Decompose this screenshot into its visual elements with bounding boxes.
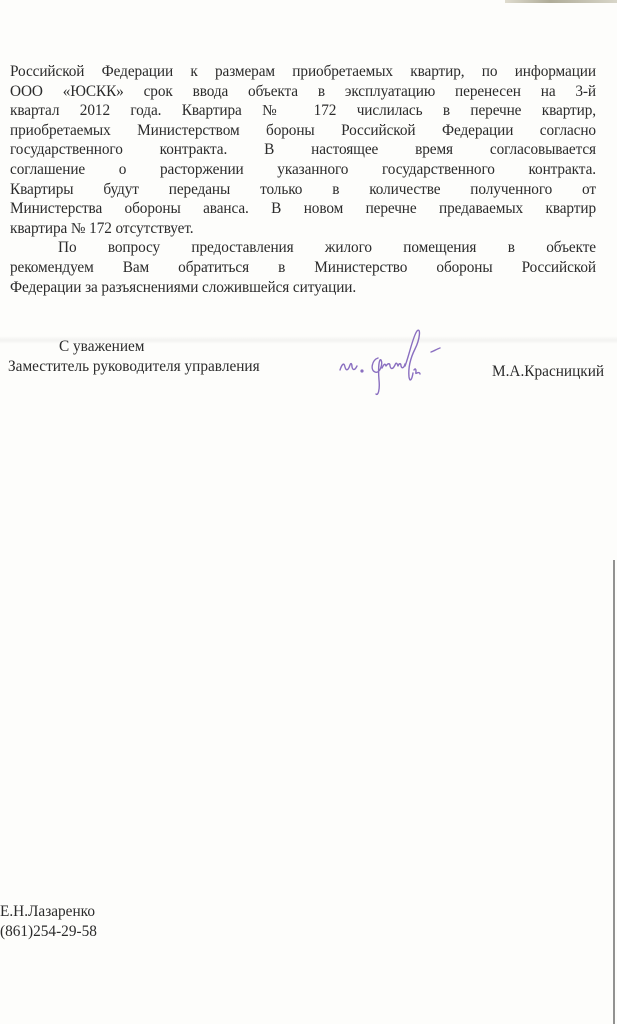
text-line: государственного контракта. В настоящее … bbox=[10, 140, 596, 160]
paragraph-1: Российской Федерации к размерам приобрет… bbox=[10, 62, 596, 238]
text-line: приобретаемых Министерством бороны Росси… bbox=[10, 121, 596, 141]
executor-info: Е.Н.Лазаренко (861)254-29-58 bbox=[0, 902, 97, 942]
letter-body: Российской Федерации к размерам приобрет… bbox=[10, 62, 596, 297]
executor-name: Е.Н.Лазаренко bbox=[0, 902, 97, 922]
text-line: рекомендуем Вам обратиться в Министерств… bbox=[10, 258, 596, 278]
text-line: Министерства обороны аванса. В новом пер… bbox=[10, 199, 596, 219]
executor-phone: (861)254-29-58 bbox=[0, 922, 97, 942]
text-line: По вопросу предоставления жилого помещен… bbox=[10, 238, 596, 258]
text-line: квартира № 172 отсутствует. bbox=[10, 219, 596, 239]
document-page: Российской Федерации к размерам приобрет… bbox=[0, 0, 617, 1024]
signer-position: Заместитель руководителя управления bbox=[8, 358, 260, 376]
closing-salutation: С уважением bbox=[59, 338, 145, 356]
text-line: Федерации за разъяснениями сложившейся с… bbox=[10, 278, 596, 298]
text-line: Российской Федерации к размерам приобрет… bbox=[10, 62, 596, 82]
text-line: квартал 2012 года. Квартира № 172 числил… bbox=[10, 101, 596, 121]
text-line: Квартиры будут переданы только в количес… bbox=[10, 180, 596, 200]
scan-top-edge bbox=[505, 0, 617, 3]
signer-name: М.А.Красницкий bbox=[492, 363, 604, 381]
paragraph-2: По вопросу предоставления жилого помещен… bbox=[10, 238, 596, 297]
text-line: ООО «ЮСКК» срок ввода объекта в эксплуат… bbox=[10, 82, 596, 102]
handwritten-signature-icon bbox=[336, 322, 476, 397]
text-line: соглашение о расторжении указанного госу… bbox=[10, 160, 596, 180]
scan-right-edge bbox=[613, 560, 615, 1024]
